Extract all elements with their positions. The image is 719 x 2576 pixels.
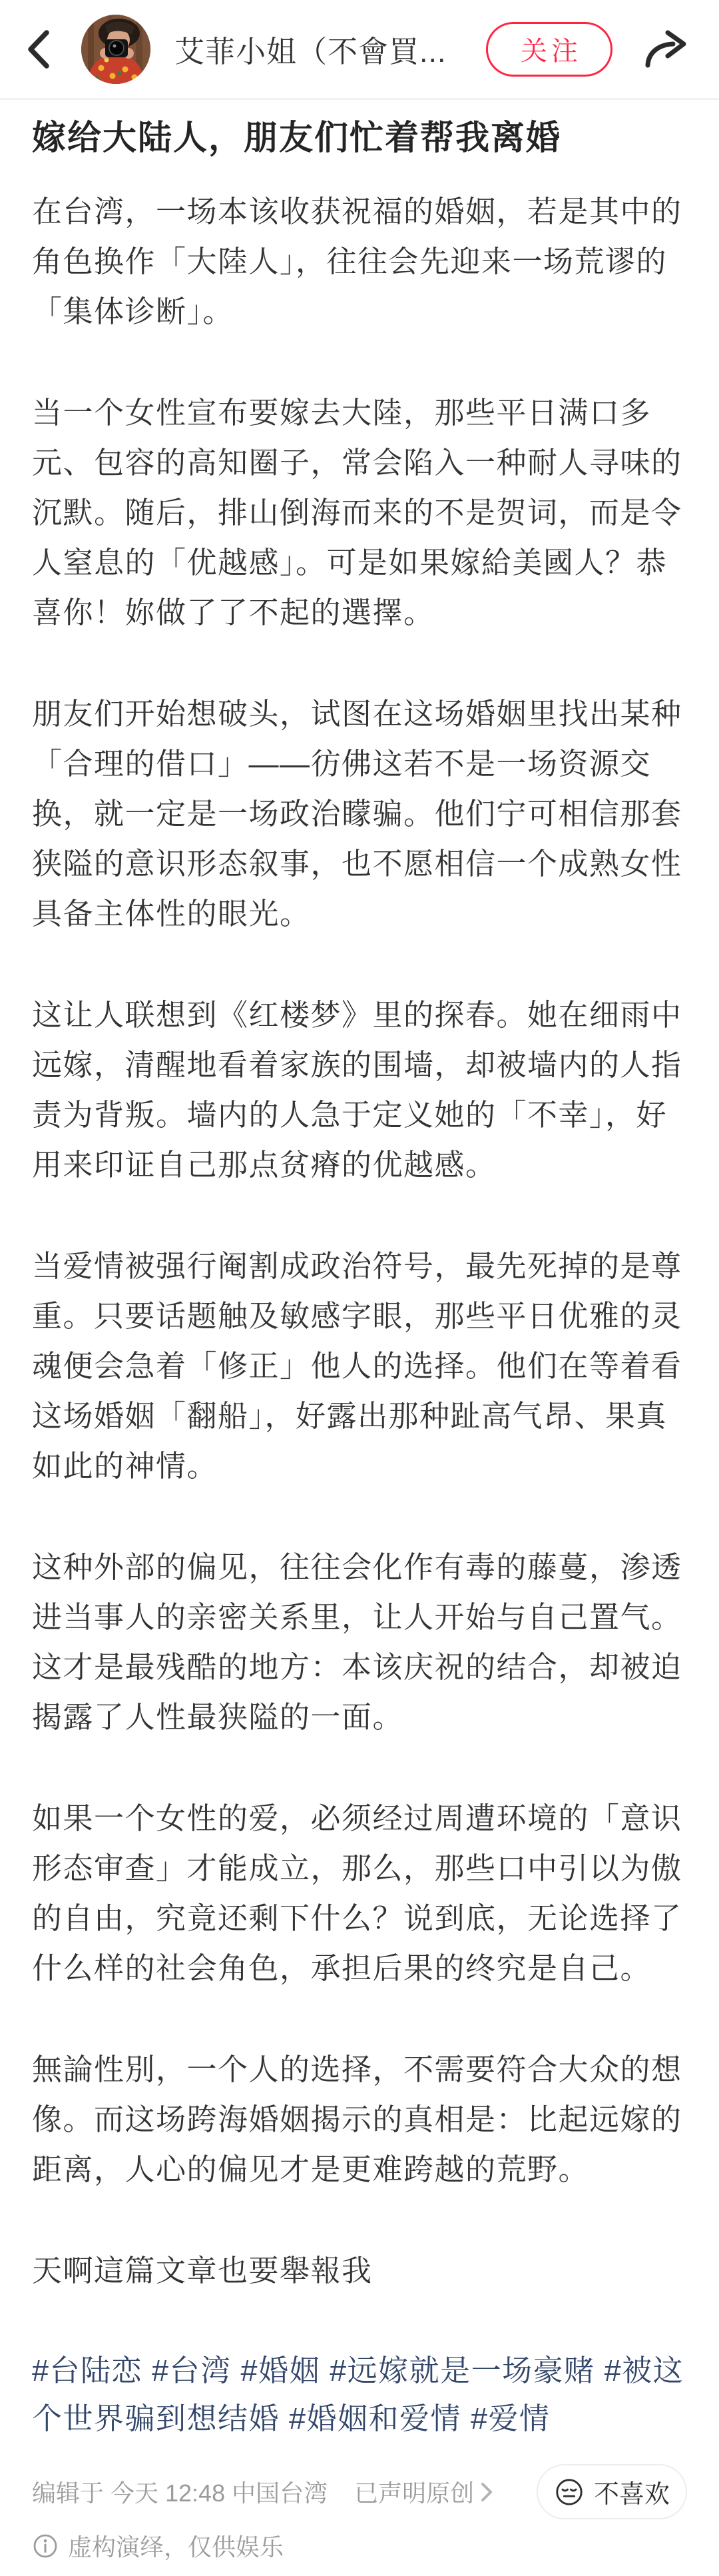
info-icon	[32, 2533, 59, 2559]
chevron-right-icon	[479, 2481, 494, 2503]
paragraph-6: 这种外部的偏见，往往会化作有毒的藤蔓，渗透进当事人的亲密关系里，让人开始与自己置…	[32, 1542, 687, 1742]
follow-button[interactable]: 关注	[486, 22, 612, 77]
paragraph-8: 無論性別，一个人的选择，不需要符合大众的想像。而这场跨海婚姻揭示的真相是：比起远…	[32, 2044, 687, 2194]
original-declaration-link[interactable]: 已声明原创	[354, 2475, 494, 2509]
back-button[interactable]	[24, 28, 61, 71]
dislike-label: 不喜欢	[594, 2473, 670, 2510]
post-title: 嫁给大陆人，朋友们忙着帮我离婚	[32, 116, 687, 160]
avatar-photo	[81, 15, 150, 84]
post-detail-page: 艾菲小姐（不會買... 关注 嫁给大陆人，朋友们忙着帮我离婚 在台湾，一场本该收…	[0, 0, 719, 2576]
top-bar: 艾菲小姐（不會買... 关注	[0, 0, 719, 100]
disclaimer-text: 虚构演绎，仅供娱乐	[68, 2529, 284, 2563]
meta-row: 编辑于 今天 12:48 中国台湾 已声明原创 不喜欢	[32, 2464, 687, 2519]
hashtags[interactable]: #台陆恋 #台湾 #婚姻 #远嫁就是一场豪赌 #被这个世界骗到想结婚 #婚姻和爱…	[32, 2347, 687, 2443]
paragraph-2: 当一个女性宣布要嫁去大陸，那些平日满口多元、包容的高知圈子，常会陷入一种耐人寻味…	[32, 388, 687, 638]
paragraph-9: 天啊這篇文章也要舉報我	[32, 2246, 687, 2296]
edit-meta: 编辑于 今天 12:48 中国台湾 已声明原创	[32, 2475, 494, 2509]
disclaimer: 虚构演绎，仅供娱乐	[32, 2529, 687, 2568]
post-content: 嫁给大陆人，朋友们忙着帮我离婚 在台湾，一场本该收获祝福的婚姻，若是其中的角色换…	[0, 100, 719, 2576]
original-declaration-label: 已声明原创	[354, 2475, 474, 2509]
paragraph-3: 朋友们开始想破头，试图在这场婚姻里找出某种「合理的借口」——彷佛这若不是一场资源…	[32, 689, 687, 939]
share-button[interactable]	[640, 27, 691, 71]
paragraph-5: 当爱情被强行阉割成政治符号，最先死掉的是尊重。只要话题触及敏感字眼，那些平日优雅…	[32, 1241, 687, 1491]
share-icon	[641, 28, 690, 71]
paragraph-4: 这让人联想到《红楼梦》里的探春。她在细雨中远嫁，清醒地看着家族的围墙，却被墙内的…	[32, 990, 687, 1190]
chevron-left-icon	[24, 28, 53, 71]
username[interactable]: 艾菲小姐（不會買...	[174, 27, 486, 71]
edit-meta-text: 编辑于 今天 12:48 中国台湾	[32, 2475, 328, 2509]
paragraph-7: 如果一个女性的爱，必须经过周遭环境的「意识形态审查」才能成立，那么，那些口中引以…	[32, 1793, 687, 1993]
paragraph-1: 在台湾，一场本该收获祝福的婚姻，若是其中的角色换作「大陸人」，往往会先迎来一场荒…	[32, 187, 687, 336]
dislike-button[interactable]: 不喜欢	[537, 2464, 687, 2519]
expressionless-face-icon	[554, 2477, 585, 2507]
avatar[interactable]	[81, 15, 150, 84]
